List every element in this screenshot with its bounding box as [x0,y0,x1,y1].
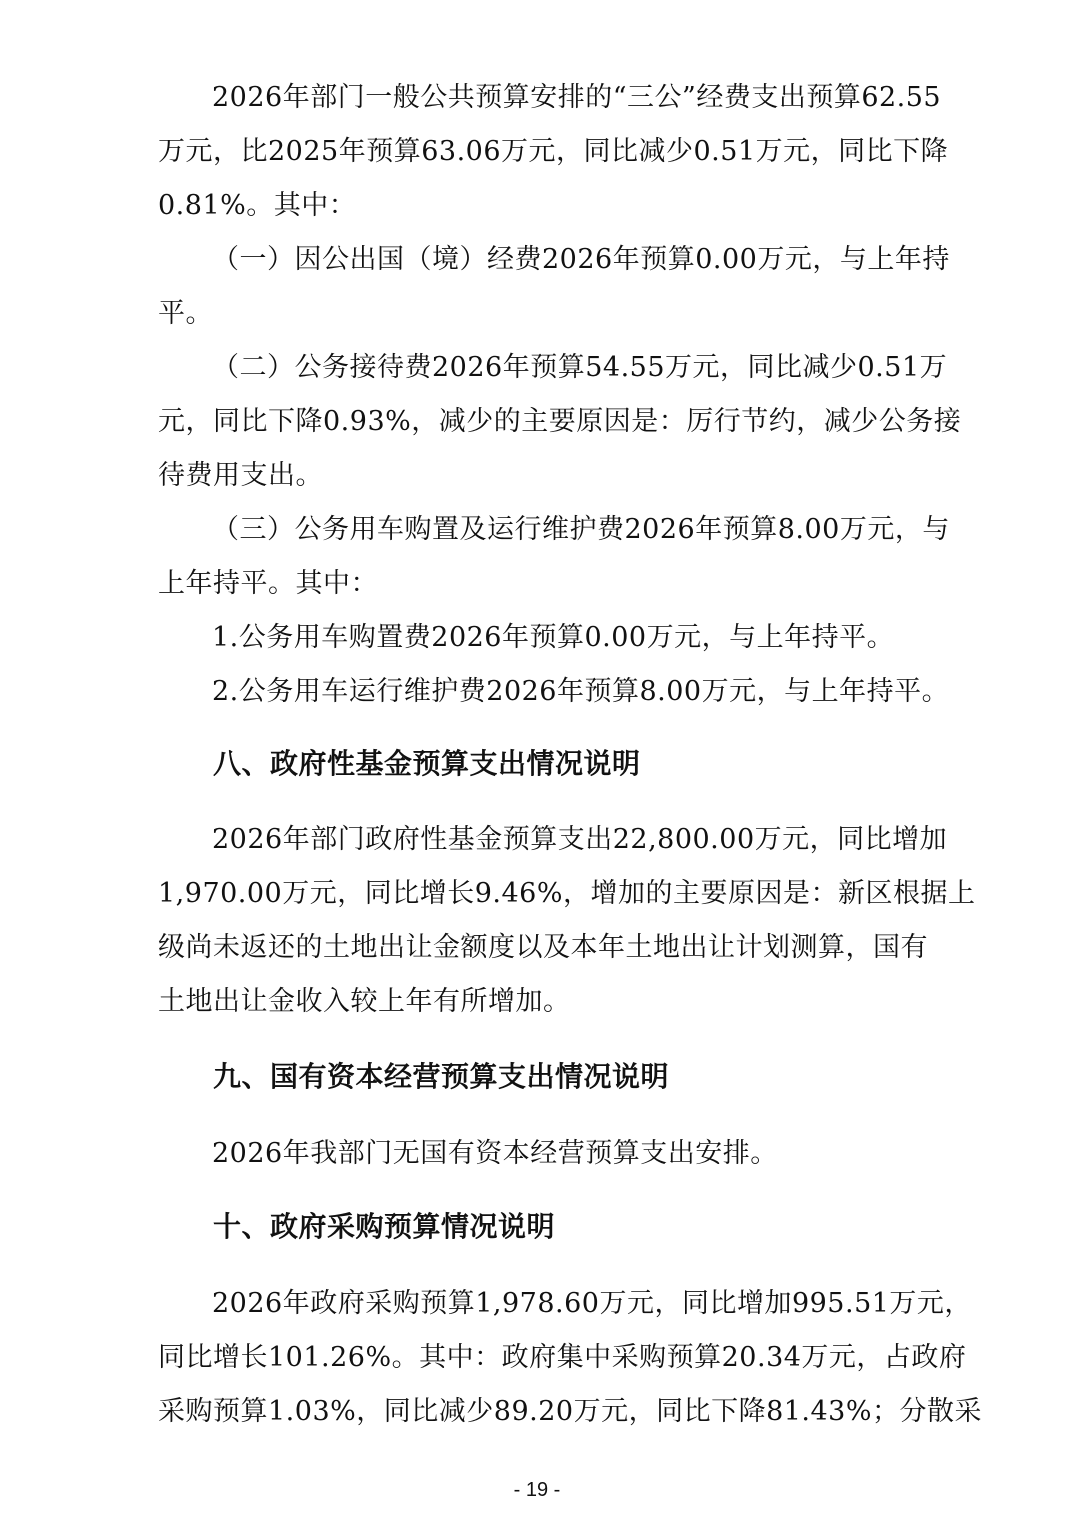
paragraph-line: 土地出让金收入较上年有所增加。 [158,984,571,1020]
list-item-line: （三）公务用车购置及运行维护费2026年预算8.00万元，与 [212,512,950,548]
section-heading-10: 十、政府采购预算情况说明 [213,1209,555,1245]
paragraph-line: 1,970.00万元，同比增长9.46%，增加的主要原因是：新区根据上 [158,876,928,912]
paragraph-line: 级尚未返还的土地出让金额度以及本年土地出让计划测算，国有 [158,930,928,966]
paragraph-line: 万元，比2025年预算63.06万元，同比减少0.51万元，同比下降 [158,134,928,170]
sub-list-item: 1.公务用车购置费2026年预算0.00万元，与上年持平。 [212,620,894,656]
list-item-line: （二）公务接待费2026年预算54.55万元，同比减少0.51万 [212,350,947,386]
section-heading-9: 九、国有资本经营预算支出情况说明 [213,1059,669,1095]
page-number: - 19 - [0,1478,1074,1502]
paragraph-line: 0.81%。其中： [158,188,356,224]
paragraph-line: 采购预算1.03%，同比减少89.20万元，同比下降81.43%；分散采 [158,1394,928,1430]
document-page: 2026年部门一般公共预算安排的“三公”经费支出预算62.55 万元，比2025… [0,0,1074,1520]
paragraph-line: 2026年我部门无国有资本经营预算支出安排。 [212,1136,778,1172]
list-item-line: 平。 [158,296,213,332]
list-item-line: （一）因公出国（境）经费2026年预算0.00万元，与上年持 [212,242,950,278]
list-item-line: 待费用支出。 [158,458,323,494]
paragraph-line: 2026年部门政府性基金预算支出22,800.00万元，同比增加 [212,822,947,858]
paragraph-line: 同比增长101.26%。其中：政府集中采购预算20.34万元，占政府 [158,1340,928,1376]
list-item-line: 上年持平。其中： [158,566,378,602]
section-heading-8: 八、政府性基金预算支出情况说明 [213,746,641,782]
sub-list-item: 2.公务用车运行维护费2026年预算8.00万元，与上年持平。 [212,674,949,710]
paragraph-line: 2026年政府采购预算1,978.60万元，同比增加995.51万元， [212,1286,972,1322]
list-item-line: 元，同比下降0.93%，减少的主要原因是：厉行节约，减少公务接 [158,404,928,440]
paragraph-line: 2026年部门一般公共预算安排的“三公”经费支出预算62.55 [212,80,941,116]
